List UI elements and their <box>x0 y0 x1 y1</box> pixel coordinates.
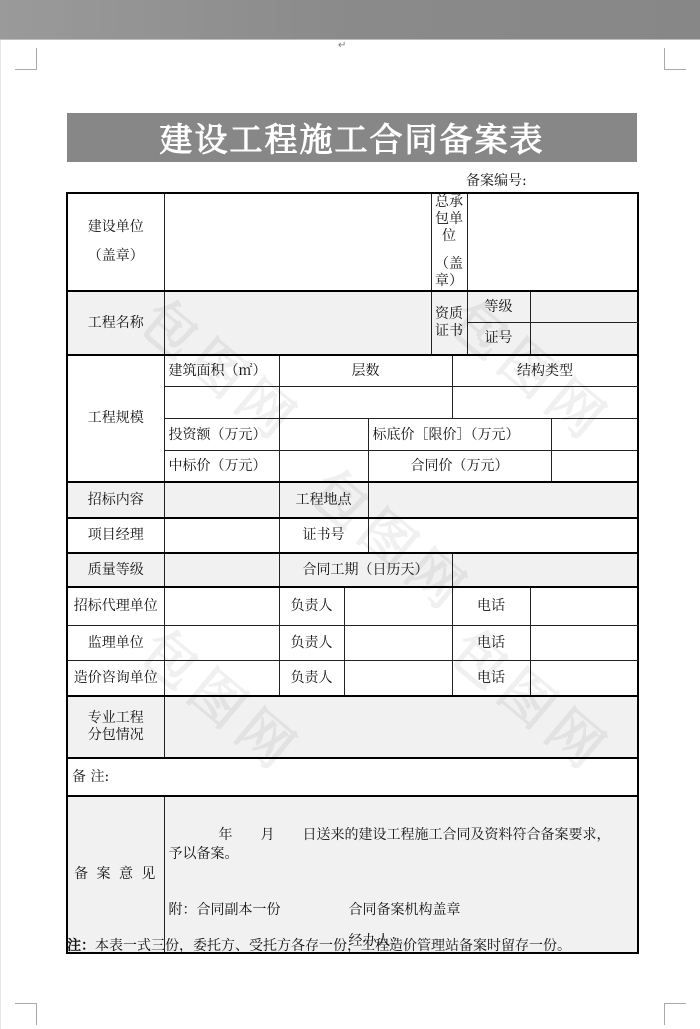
contract-price-field[interactable] <box>551 451 638 482</box>
remarks-field[interactable]: 备 注: <box>67 758 638 796</box>
pm-cert-field[interactable] <box>368 518 638 553</box>
floors-label: 层数 <box>279 355 452 387</box>
document-title: 建设工程施工合同备案表 <box>160 114 545 161</box>
party-person-label: 负责人 <box>279 587 344 626</box>
location-field[interactable] <box>368 482 638 518</box>
project-name-label: 工程名称 <box>67 291 164 355</box>
opinion-text-line1: 年 月 日送来的建设工程施工合同及资料符合备案要求， <box>169 827 634 844</box>
cert-number-label: 证号 <box>467 323 530 355</box>
builder-field[interactable] <box>164 193 431 291</box>
area-label: 建筑面积（㎡） <box>164 355 279 387</box>
winning-bid-label: 中标价（万元） <box>164 451 279 482</box>
contractor-label: 总承包单位 （盖章） <box>431 193 467 291</box>
bid-content-label: 招标内容 <box>67 482 164 518</box>
attachment-note: 附：合同副本一份 <box>169 902 281 919</box>
title-banner: 建设工程施工合同备案表 <box>67 113 637 162</box>
party-phone-label: 电话 <box>452 587 530 626</box>
crop-mark-top-left-icon <box>15 48 37 70</box>
party-unit-field[interactable] <box>164 587 279 626</box>
footnote: 注：本表一式三份，委托方、受托方各存一份，工程造价管理站备案时留存一份。 <box>67 935 571 955</box>
party-person-label: 负责人 <box>279 626 344 661</box>
crop-mark-bottom-right-icon <box>664 1003 686 1025</box>
party-phone-field[interactable] <box>530 587 638 626</box>
contractor-field[interactable] <box>467 193 638 291</box>
duration-label: 合同工期（日历天） <box>279 553 452 587</box>
location-label: 工程地点 <box>279 482 368 518</box>
project-manager-field[interactable] <box>164 518 279 553</box>
party-phone-label: 电话 <box>452 661 530 696</box>
cert-number-field[interactable] <box>530 323 638 355</box>
structure-field[interactable] <box>452 387 638 419</box>
pm-cert-label: 证书号 <box>279 518 368 553</box>
subcontract-field[interactable] <box>164 696 638 758</box>
ceiling-price-label: 标底价［限价］（万元） <box>368 419 551 451</box>
party-person-field[interactable] <box>344 661 452 696</box>
contract-record-form: 建设单位 （盖章） 总承包单位 （盖章） 工程名称 资质证书 等级 证号 工程规… <box>66 192 639 954</box>
record-number-label[interactable]: 备案编号: <box>466 170 527 190</box>
contract-price-label: 合同价（万元） <box>368 451 551 482</box>
crop-mark-bottom-left-icon <box>15 1003 37 1025</box>
quality-field[interactable] <box>164 553 279 587</box>
subcontract-label: 专业工程 分包情况 <box>67 696 164 758</box>
seal-label: 合同备案机构盖章 <box>349 902 461 919</box>
qualification-label: 资质证书 <box>431 291 467 355</box>
footnote-prefix: 注： <box>67 938 95 954</box>
investment-label: 投资额（万元） <box>164 419 279 451</box>
grade-label: 等级 <box>467 291 530 323</box>
bid-content-field[interactable] <box>164 482 279 518</box>
area-field[interactable] <box>164 387 279 419</box>
party-person-label: 负责人 <box>279 661 344 696</box>
winning-bid-field[interactable] <box>279 451 368 482</box>
floors-field[interactable] <box>279 387 452 419</box>
party-unit-label: 监理单位 <box>67 626 164 661</box>
grade-field[interactable] <box>530 291 638 323</box>
project-manager-label: 项目经理 <box>67 518 164 553</box>
party-phone-field[interactable] <box>530 626 638 661</box>
project-name-field[interactable] <box>164 291 431 355</box>
party-person-field[interactable] <box>344 626 452 661</box>
structure-label: 结构类型 <box>452 355 638 387</box>
viewer-toolbar <box>0 0 700 40</box>
party-unit-label: 造价咨询单位 <box>67 661 164 696</box>
opinion-text-line2: 予以备案。 <box>169 846 634 863</box>
party-unit-label: 招标代理单位 <box>67 587 164 626</box>
opinion-label: 备 案 意 见 <box>67 796 164 953</box>
duration-field[interactable] <box>452 553 638 587</box>
opinion-field[interactable]: 年 月 日送来的建设工程施工合同及资料符合备案要求， 予以备案。 附：合同副本一… <box>164 796 638 953</box>
paragraph-mark-icon: ↵ <box>338 40 346 51</box>
investment-field[interactable] <box>279 419 368 451</box>
quality-label: 质量等级 <box>67 553 164 587</box>
party-unit-field[interactable] <box>164 661 279 696</box>
ceiling-price-field[interactable] <box>551 419 638 451</box>
crop-mark-top-right-icon <box>664 48 686 70</box>
footnote-text: 本表一式三份，委托方、受托方各存一份，工程造价管理站备案时留存一份。 <box>95 938 571 954</box>
scale-label: 工程规模 <box>67 355 164 482</box>
remarks-label: 备 注: <box>72 769 109 785</box>
party-phone-label: 电话 <box>452 626 530 661</box>
party-person-field[interactable] <box>344 587 452 626</box>
party-phone-field[interactable] <box>530 661 638 696</box>
party-unit-field[interactable] <box>164 626 279 661</box>
builder-label: 建设单位 （盖章） <box>67 193 164 291</box>
